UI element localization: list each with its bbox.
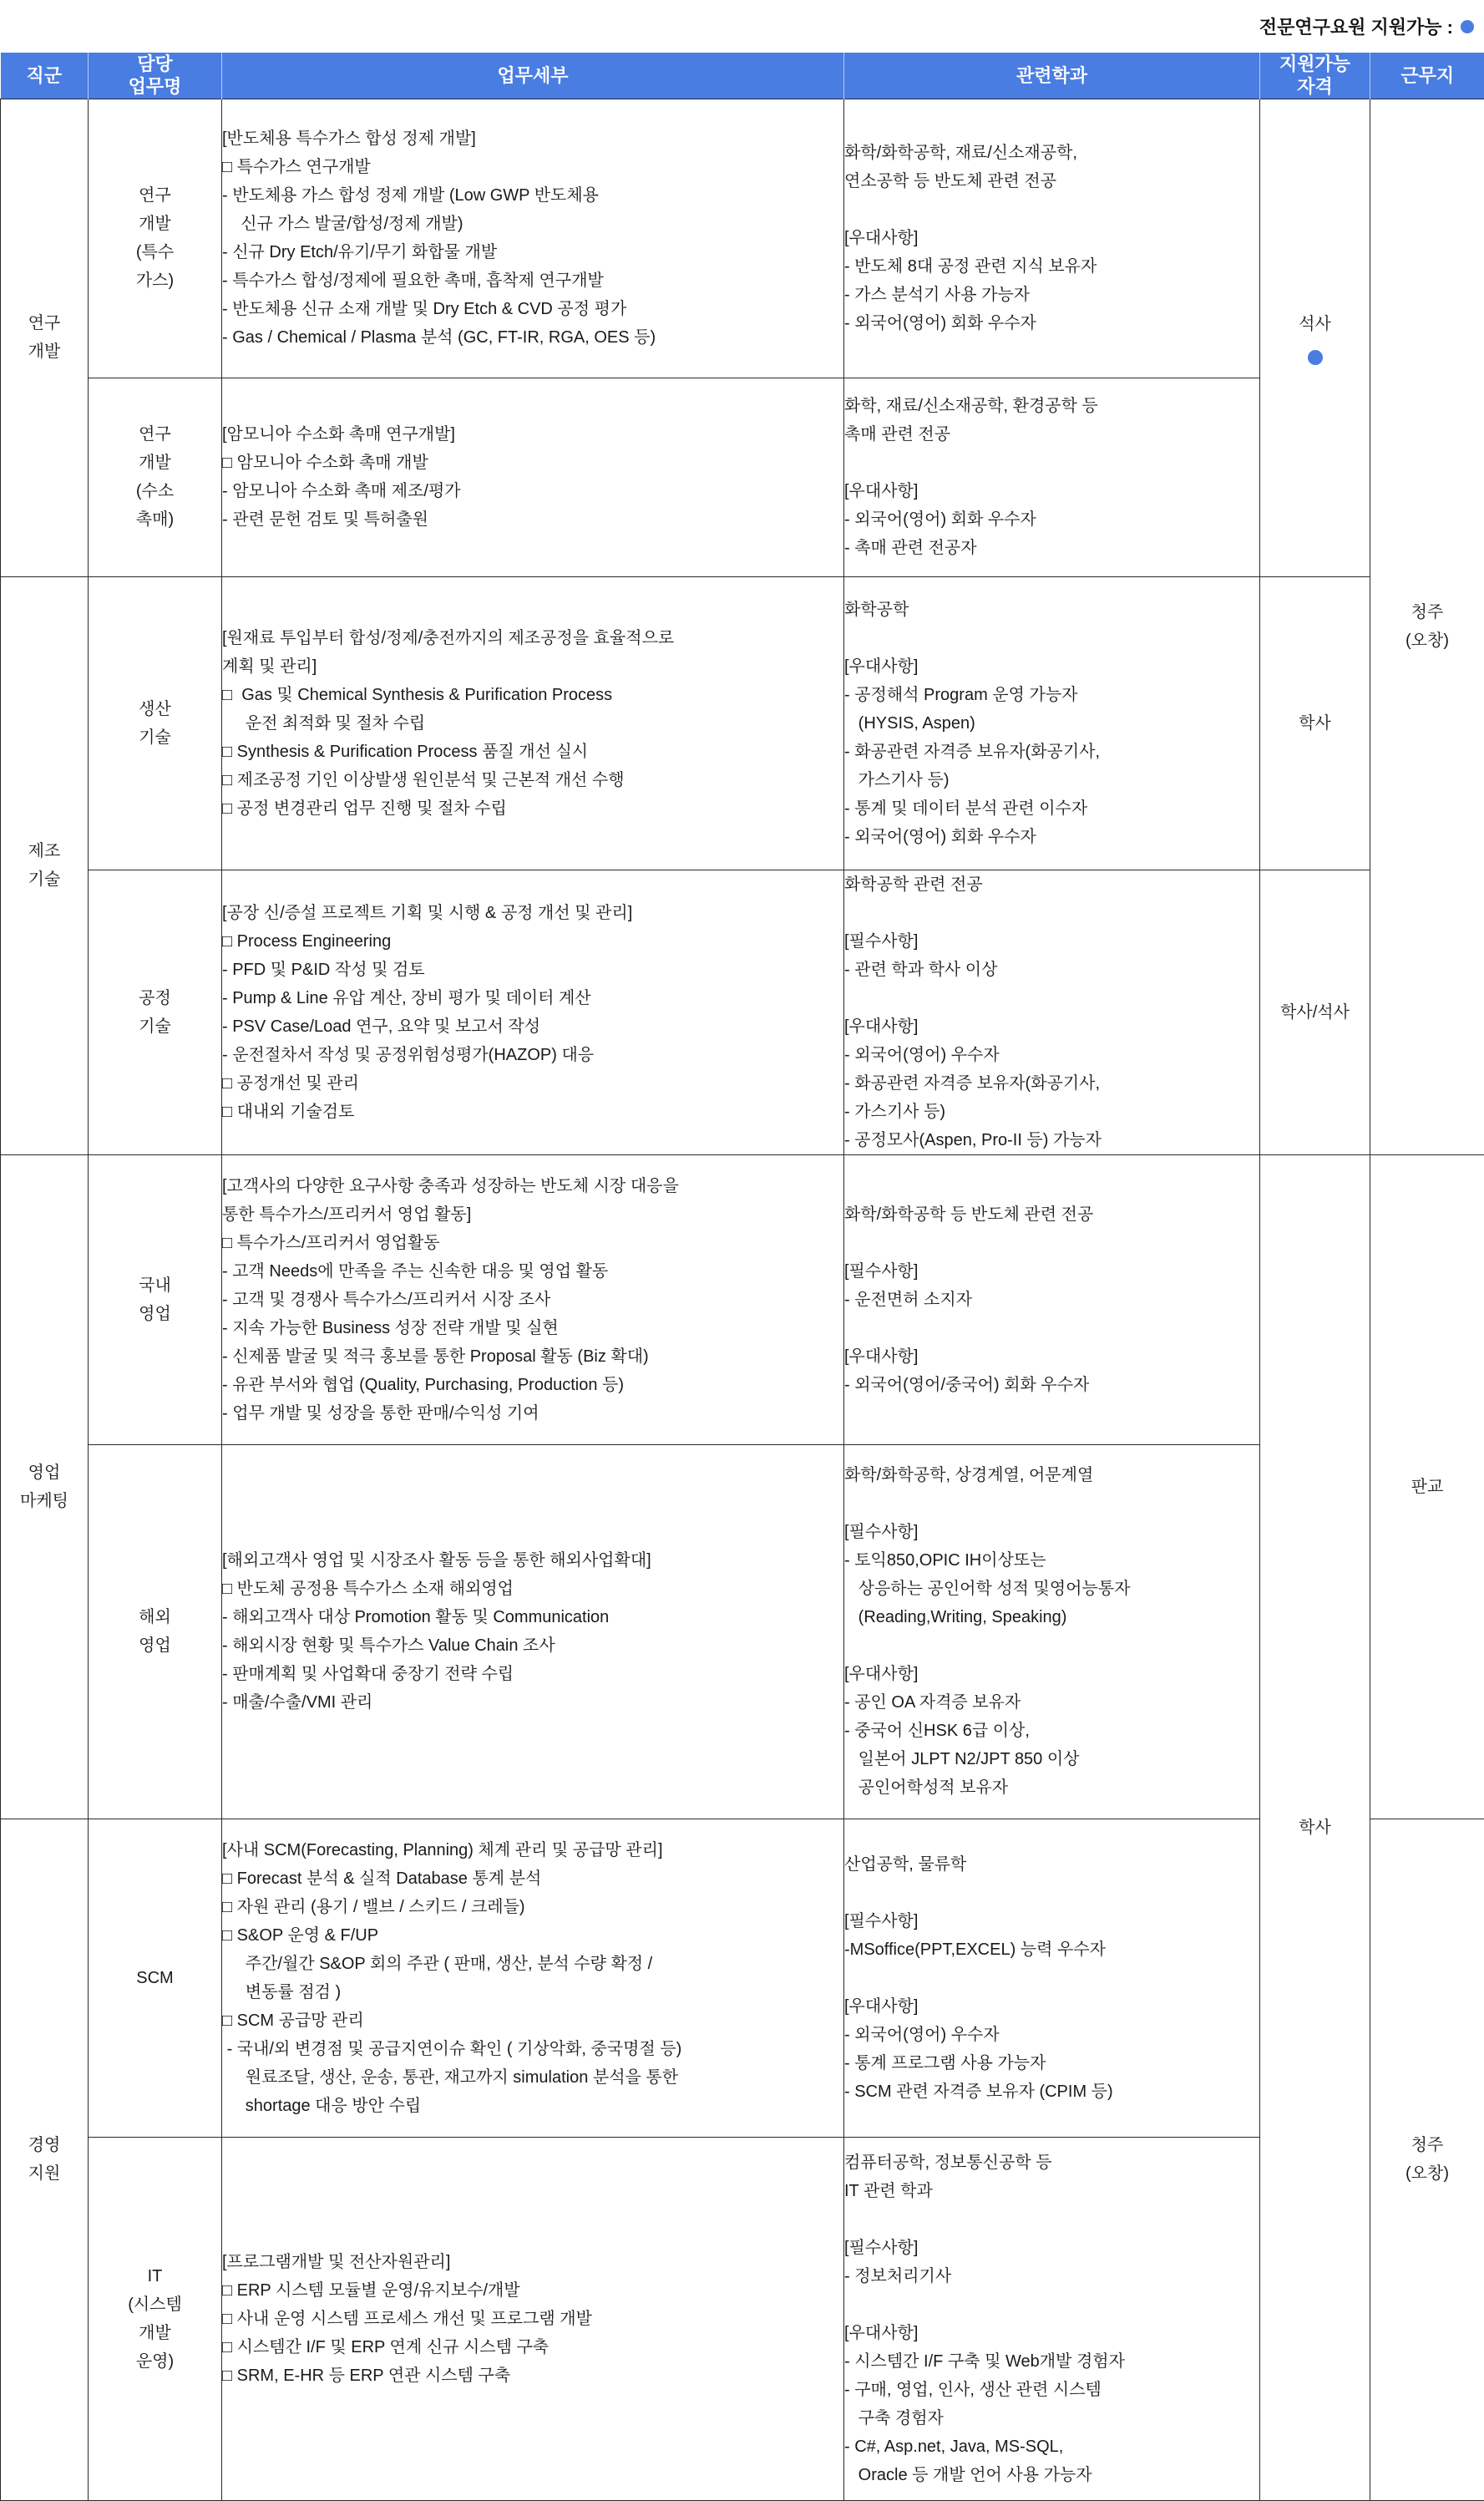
cell-major-domestic-sales: 화학/화학공학 등 반도체 관련 전공 [필수사항] - 운전면허 소지자 [우… bbox=[844, 1154, 1260, 1444]
cell-detail-rnd-gas: [반도체용 특수가스 합성 정제 개발] □ 특수가스 연구개발 - 반도체용 … bbox=[222, 99, 844, 378]
cell-detail-production: [원재료 투입부터 합성/정제/충전까지의 제조공정을 효율적으로 계획 및 관… bbox=[222, 576, 844, 870]
research-eligible-dot bbox=[1308, 350, 1323, 365]
cell-role-scm: SCM bbox=[89, 1819, 222, 2137]
cell-detail-overseas-sales: [해외고객사 영업 및 시장조사 활동 등을 통한 해외사업확대] □ 반도체 … bbox=[222, 1444, 844, 1819]
table-row: 공정 기술 [공장 신/증설 프로젝트 기획 및 시행 & 공정 개선 및 관리… bbox=[1, 870, 1484, 1154]
cell-role-rnd-gas: 연구 개발 (특수 가스) bbox=[89, 99, 222, 378]
col-header-location: 근무지 bbox=[1370, 53, 1484, 99]
cell-major-rnd-hydrogen: 화학, 재료/신소재공학, 환경공학 등 촉매 관련 전공 [우대사항] - 외… bbox=[844, 378, 1260, 576]
cell-role-it: IT (시스템 개발 운영) bbox=[89, 2137, 222, 2500]
table-row: 제조 기술 생산 기술 [원재료 투입부터 합성/정제/충전까지의 제조공정을 … bbox=[1, 576, 1484, 870]
top-note-label: 전문연구요원 지원가능 : bbox=[1259, 13, 1453, 39]
cell-major-rnd-gas: 화학/화학공학, 재료/신소재공학, 연소공학 등 반도체 관련 전공 [우대사… bbox=[844, 99, 1260, 378]
cell-role-rnd-hydrogen: 연구 개발 (수소 촉매) bbox=[89, 378, 222, 576]
cell-jobgroup-mfg: 제조 기술 bbox=[1, 576, 89, 1154]
col-header-jobgroup: 직군 bbox=[1, 53, 89, 99]
cell-location-cheongju-2: 청주 (오창) bbox=[1370, 1819, 1484, 2500]
cell-jobgroup-mgmt: 경영 지원 bbox=[1, 1819, 89, 2500]
job-posting-page: 전문연구요원 지원가능 : 직군 담당 업무명 업무세부 관련학과 지원가능 자… bbox=[0, 0, 1484, 2498]
cell-detail-process: [공장 신/증설 프로젝트 기획 및 시행 & 공정 개선 및 관리] □ Pr… bbox=[222, 870, 844, 1154]
cell-major-process: 화학공학 관련 전공 [필수사항] - 관련 학과 학사 이상 [우대사항] -… bbox=[844, 870, 1260, 1154]
top-note: 전문연구요원 지원가능 : bbox=[0, 0, 1484, 53]
cell-major-it: 컴퓨터공학, 정보통신공학 등 IT 관련 학과 [필수사항] - 정보처리기사… bbox=[844, 2137, 1260, 2500]
cell-role-production: 생산 기술 bbox=[89, 576, 222, 870]
cell-detail-rnd-hydrogen: [암모니아 수소화 촉매 연구개발] □ 암모니아 수소화 촉매 개발 - 암모… bbox=[222, 378, 844, 576]
cell-jobgroup-rnd: 연구 개발 bbox=[1, 99, 89, 576]
cell-major-scm: 산업공학, 물류학 [필수사항] -MSoffice(PPT,EXCEL) 능력… bbox=[844, 1819, 1260, 2137]
cell-qual-sales-mgmt: 학사 bbox=[1260, 1154, 1370, 2500]
col-header-detail: 업무세부 bbox=[222, 53, 844, 99]
job-table: 직군 담당 업무명 업무세부 관련학과 지원가능 자격 근무지 연구 개발 연구… bbox=[0, 53, 1484, 2501]
col-header-major: 관련학과 bbox=[844, 53, 1260, 99]
cell-role-domestic-sales: 국내 영업 bbox=[89, 1154, 222, 1444]
eligibility-legend-dot bbox=[1461, 20, 1474, 33]
cell-detail-it: [프로그램개발 및 전산자원관리] □ ERP 시스템 모듈별 운영/유지보수/… bbox=[222, 2137, 844, 2500]
cell-detail-domestic-sales: [고객사의 다양한 요구사항 충족과 성장하는 반도체 시장 대응을 통한 특수… bbox=[222, 1154, 844, 1444]
cell-role-process: 공정 기술 bbox=[89, 870, 222, 1154]
table-row: 영업 마케팅 국내 영업 [고객사의 다양한 요구사항 충족과 성장하는 반도체… bbox=[1, 1154, 1484, 1444]
cell-role-overseas-sales: 해외 영업 bbox=[89, 1444, 222, 1819]
qual-text: 석사 bbox=[1299, 310, 1331, 338]
cell-location-pangyo: 판교 bbox=[1370, 1154, 1484, 1819]
cell-qual-rnd: 석사 bbox=[1260, 99, 1370, 576]
table-row: 연구 개발 연구 개발 (특수 가스) [반도체용 특수가스 합성 정제 개발]… bbox=[1, 99, 1484, 378]
cell-location-cheongju-1: 청주 (오창) bbox=[1370, 99, 1484, 1154]
cell-qual-process: 학사/석사 bbox=[1260, 870, 1370, 1154]
col-header-role: 담당 업무명 bbox=[89, 53, 222, 99]
cell-qual-production: 학사 bbox=[1260, 576, 1370, 870]
cell-jobgroup-sales: 영업 마케팅 bbox=[1, 1154, 89, 1819]
cell-major-overseas-sales: 화학/화학공학, 상경계열, 어문계열 [필수사항] - 토익850,OPIC … bbox=[844, 1444, 1260, 1819]
col-header-qualification: 지원가능 자격 bbox=[1260, 53, 1370, 99]
cell-detail-scm: [사내 SCM(Forecasting, Planning) 체계 관리 및 공… bbox=[222, 1819, 844, 2137]
table-header-row: 직군 담당 업무명 업무세부 관련학과 지원가능 자격 근무지 bbox=[1, 53, 1484, 99]
cell-major-production: 화학공학 [우대사항] - 공정해석 Program 운영 가능자 (HYSIS… bbox=[844, 576, 1260, 870]
